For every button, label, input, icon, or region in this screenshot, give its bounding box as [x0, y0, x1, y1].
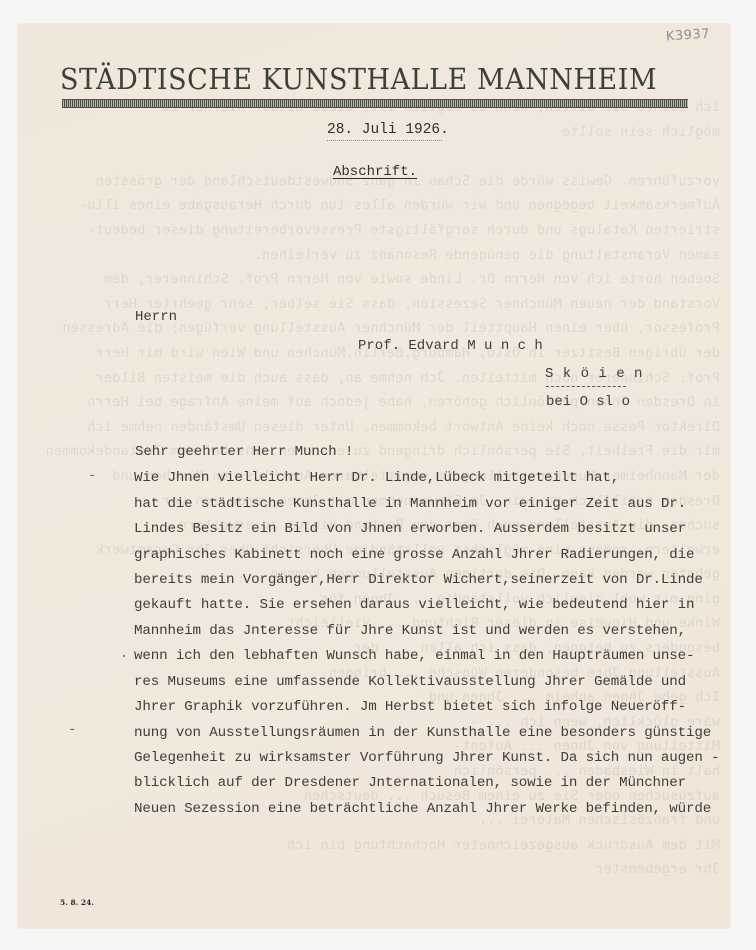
recipient-suburb: bei O sl o	[546, 394, 630, 410]
body-line: Wie Jhnen vielleicht Herr Dr. Linde,Lübe…	[134, 470, 619, 486]
form-code: 5. 8. 24.	[60, 898, 94, 907]
body-line: wenn ich den lebhaften Wunsch habe, einm…	[134, 648, 694, 664]
body-line: bereits mein Vorgänger,Herr Direktor Wic…	[134, 572, 703, 588]
margin-mark: -	[88, 468, 96, 484]
recipient-salutation: Herrn	[135, 309, 177, 325]
body-line: Gelegenheit zu wirksamster Vorführung Jh…	[134, 750, 719, 766]
body-line: Jhrer Graphik vorzuführen. Jm Herbst bie…	[134, 699, 686, 715]
body-line: nung von Ausstellungsräumen in der Kunst…	[134, 725, 711, 741]
body-line: Mannheim das Jnteresse für Jhre Kunst is…	[134, 623, 686, 639]
city-dashed-underline	[546, 386, 626, 387]
body-line: blicklich auf der Dresdener Jnternationa…	[134, 775, 686, 791]
archive-number: K3937	[666, 26, 711, 44]
body-line: hat die städtische Kunsthalle in Mannhei…	[134, 496, 686, 512]
body-line: res Museums eine umfassende Kollektivaus…	[134, 674, 686, 690]
body-line: gekauft hatte. Sie ersehen daraus vielle…	[134, 597, 694, 613]
body-line: Lindes Besitz ein Bild von Jhnen erworbe…	[134, 521, 686, 537]
body-line: Neuen Sezession eine beträchtliche Anzah…	[134, 801, 711, 817]
letterhead-title: STÄDTISCHE KUNSTHALLE MANNHEIM	[60, 62, 646, 96]
recipient-city: S k ö i e n	[545, 366, 643, 382]
recipient-name: Prof. Edvard M u n c h	[358, 338, 543, 354]
body-line: graphisches Kabinett noch eine grosse An…	[134, 547, 694, 563]
date-underline	[327, 140, 442, 141]
letterhead-rule	[62, 99, 688, 108]
letter-greeting: Sehr geehrter Herr Munch !	[135, 444, 353, 460]
letter-date: 28. Juli 1926.	[327, 122, 449, 138]
margin-mark: -	[68, 722, 76, 738]
margin-mark: .	[120, 646, 128, 662]
copy-label: Abschrift.	[333, 164, 417, 180]
